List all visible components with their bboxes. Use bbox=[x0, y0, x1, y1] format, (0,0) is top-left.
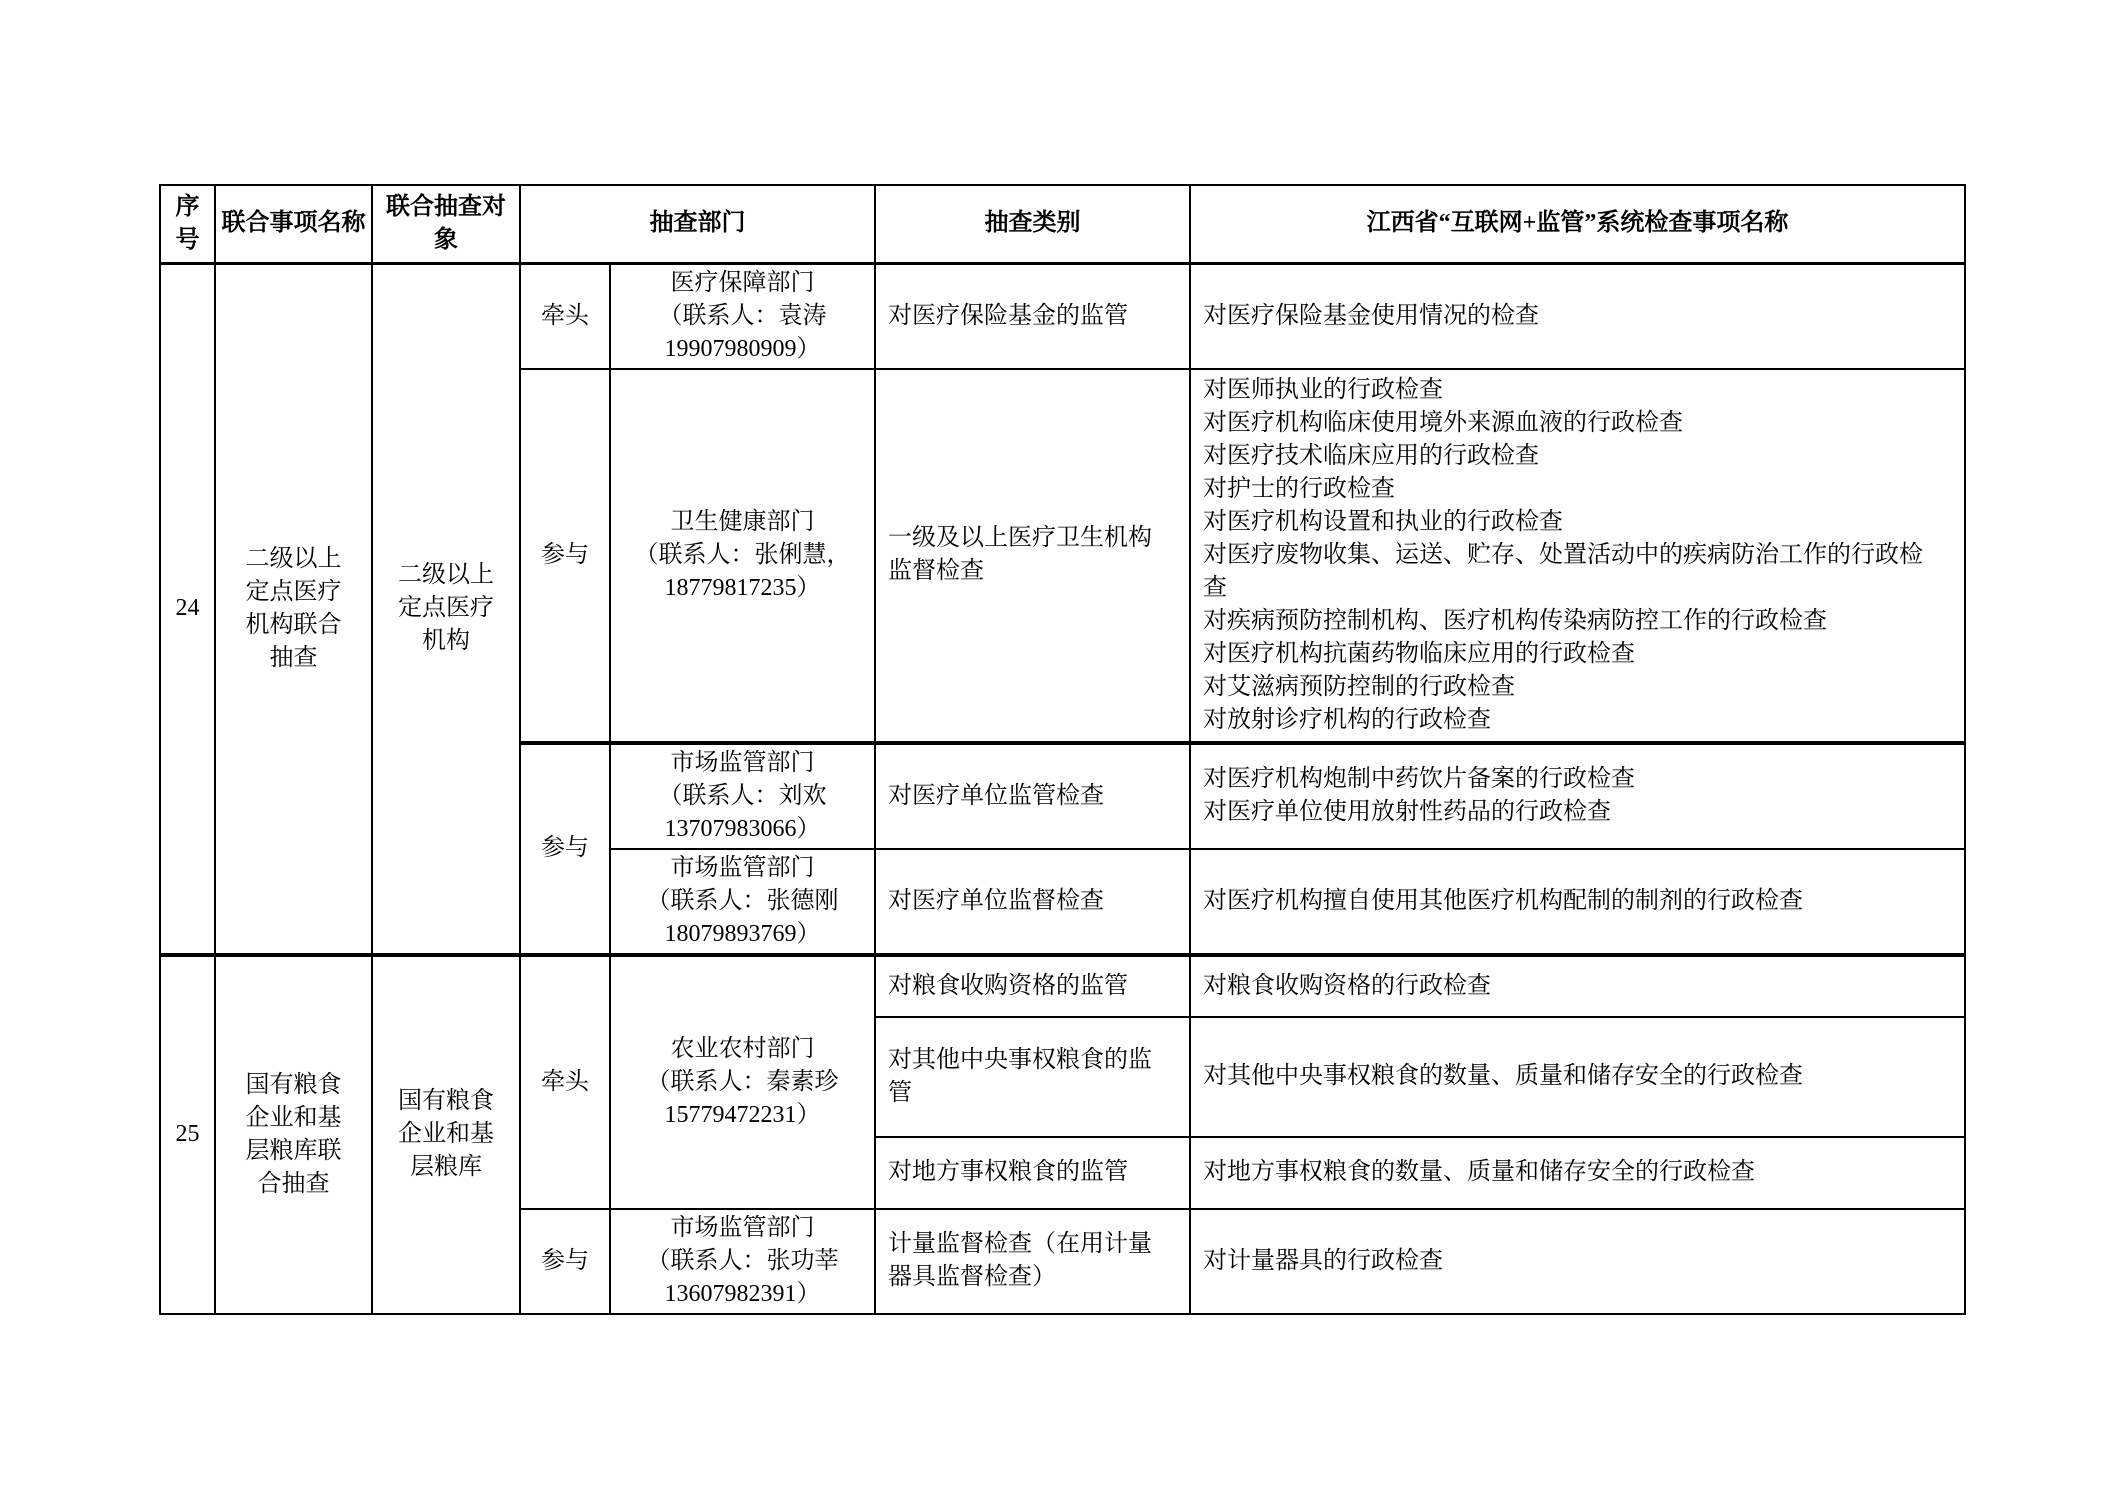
cell-department: 市场监管部门 （联系人：刘欢 13707983066） bbox=[610, 743, 875, 849]
cell-system-items: 对计量器具的行政检查 bbox=[1190, 1209, 1965, 1314]
joint-inspection-table: 序号 联合事项名称 联合抽查对象 抽查部门 抽查类别 江西省“互联网+监管”系统… bbox=[159, 184, 1966, 1315]
table-row: 25 国有粮食企业和基层粮库联合抽查 国有粮食企业和基层粮库 牵头 农业农村部门… bbox=[160, 955, 1965, 1017]
cell-department: 农业农村部门 （联系人：秦素珍 15779472231） bbox=[610, 955, 875, 1209]
cell-category: 计量监督检查（在用计量器具监督检查） bbox=[875, 1209, 1190, 1314]
header-row: 序号 联合事项名称 联合抽查对象 抽查部门 抽查类别 江西省“互联网+监管”系统… bbox=[160, 185, 1965, 263]
cell-category: 一级及以上医疗卫生机构监督检查 bbox=[875, 369, 1190, 743]
cell-category: 对医疗单位监管检查 bbox=[875, 743, 1190, 849]
cell-inspection-target: 二级以上定点医疗机构 bbox=[372, 263, 520, 955]
header-inspection-target: 联合抽查对象 bbox=[372, 185, 520, 263]
header-serial-number: 序号 bbox=[160, 185, 215, 263]
cell-system-items: 对医师执业的行政检查 对医疗机构临床使用境外来源血液的行政检查 对医疗技术临床应… bbox=[1190, 369, 1965, 743]
header-system-item-name: 江西省“互联网+监管”系统检查事项名称 bbox=[1190, 185, 1965, 263]
cell-category: 对医疗单位监督检查 bbox=[875, 849, 1190, 955]
cell-category: 对其他中央事权粮食的监管 bbox=[875, 1017, 1190, 1137]
cell-serial-number: 24 bbox=[160, 263, 215, 955]
cell-system-items: 对医疗保险基金使用情况的检查 bbox=[1190, 263, 1965, 369]
cell-system-items: 对地方事权粮食的数量、质量和储存安全的行政检查 bbox=[1190, 1137, 1965, 1209]
cell-department: 市场监管部门 （联系人：张功莘 13607982391） bbox=[610, 1209, 875, 1314]
cell-department: 市场监管部门 （联系人：张德刚 18079893769） bbox=[610, 849, 875, 955]
table-row: 24 二级以上定点医疗机构联合抽查 二级以上定点医疗机构 牵头 医疗保障部门 （… bbox=[160, 263, 1965, 369]
header-joint-item-name: 联合事项名称 bbox=[215, 185, 372, 263]
cell-role-participant: 参与 bbox=[520, 743, 610, 955]
cell-system-items: 对其他中央事权粮食的数量、质量和储存安全的行政检查 bbox=[1190, 1017, 1965, 1137]
cell-category: 对地方事权粮食的监管 bbox=[875, 1137, 1190, 1209]
header-inspection-department: 抽查部门 bbox=[520, 185, 875, 263]
document-page: 序号 联合事项名称 联合抽查对象 抽查部门 抽查类别 江西省“互联网+监管”系统… bbox=[0, 0, 2104, 1488]
cell-system-items: 对医疗机构炮制中药饮片备案的行政检查 对医疗单位使用放射性药品的行政检查 bbox=[1190, 743, 1965, 849]
cell-category: 对医疗保险基金的监管 bbox=[875, 263, 1190, 369]
cell-system-items: 对粮食收购资格的行政检查 bbox=[1190, 955, 1965, 1017]
cell-role-lead: 牵头 bbox=[520, 263, 610, 369]
cell-serial-number: 25 bbox=[160, 955, 215, 1314]
cell-role-participant: 参与 bbox=[520, 1209, 610, 1314]
header-inspection-category: 抽查类别 bbox=[875, 185, 1190, 263]
cell-inspection-target: 国有粮食企业和基层粮库 bbox=[372, 955, 520, 1314]
cell-joint-item-name: 二级以上定点医疗机构联合抽查 bbox=[215, 263, 372, 955]
cell-system-items: 对医疗机构擅自使用其他医疗机构配制的制剂的行政检查 bbox=[1190, 849, 1965, 955]
cell-role-participant: 参与 bbox=[520, 369, 610, 743]
cell-joint-item-name: 国有粮食企业和基层粮库联合抽查 bbox=[215, 955, 372, 1314]
cell-department: 卫生健康部门 （联系人：张俐慧， 18779817235） bbox=[610, 369, 875, 743]
cell-department: 医疗保障部门 （联系人：袁涛 19907980909） bbox=[610, 263, 875, 369]
cell-role-lead: 牵头 bbox=[520, 955, 610, 1209]
cell-category: 对粮食收购资格的监管 bbox=[875, 955, 1190, 1017]
